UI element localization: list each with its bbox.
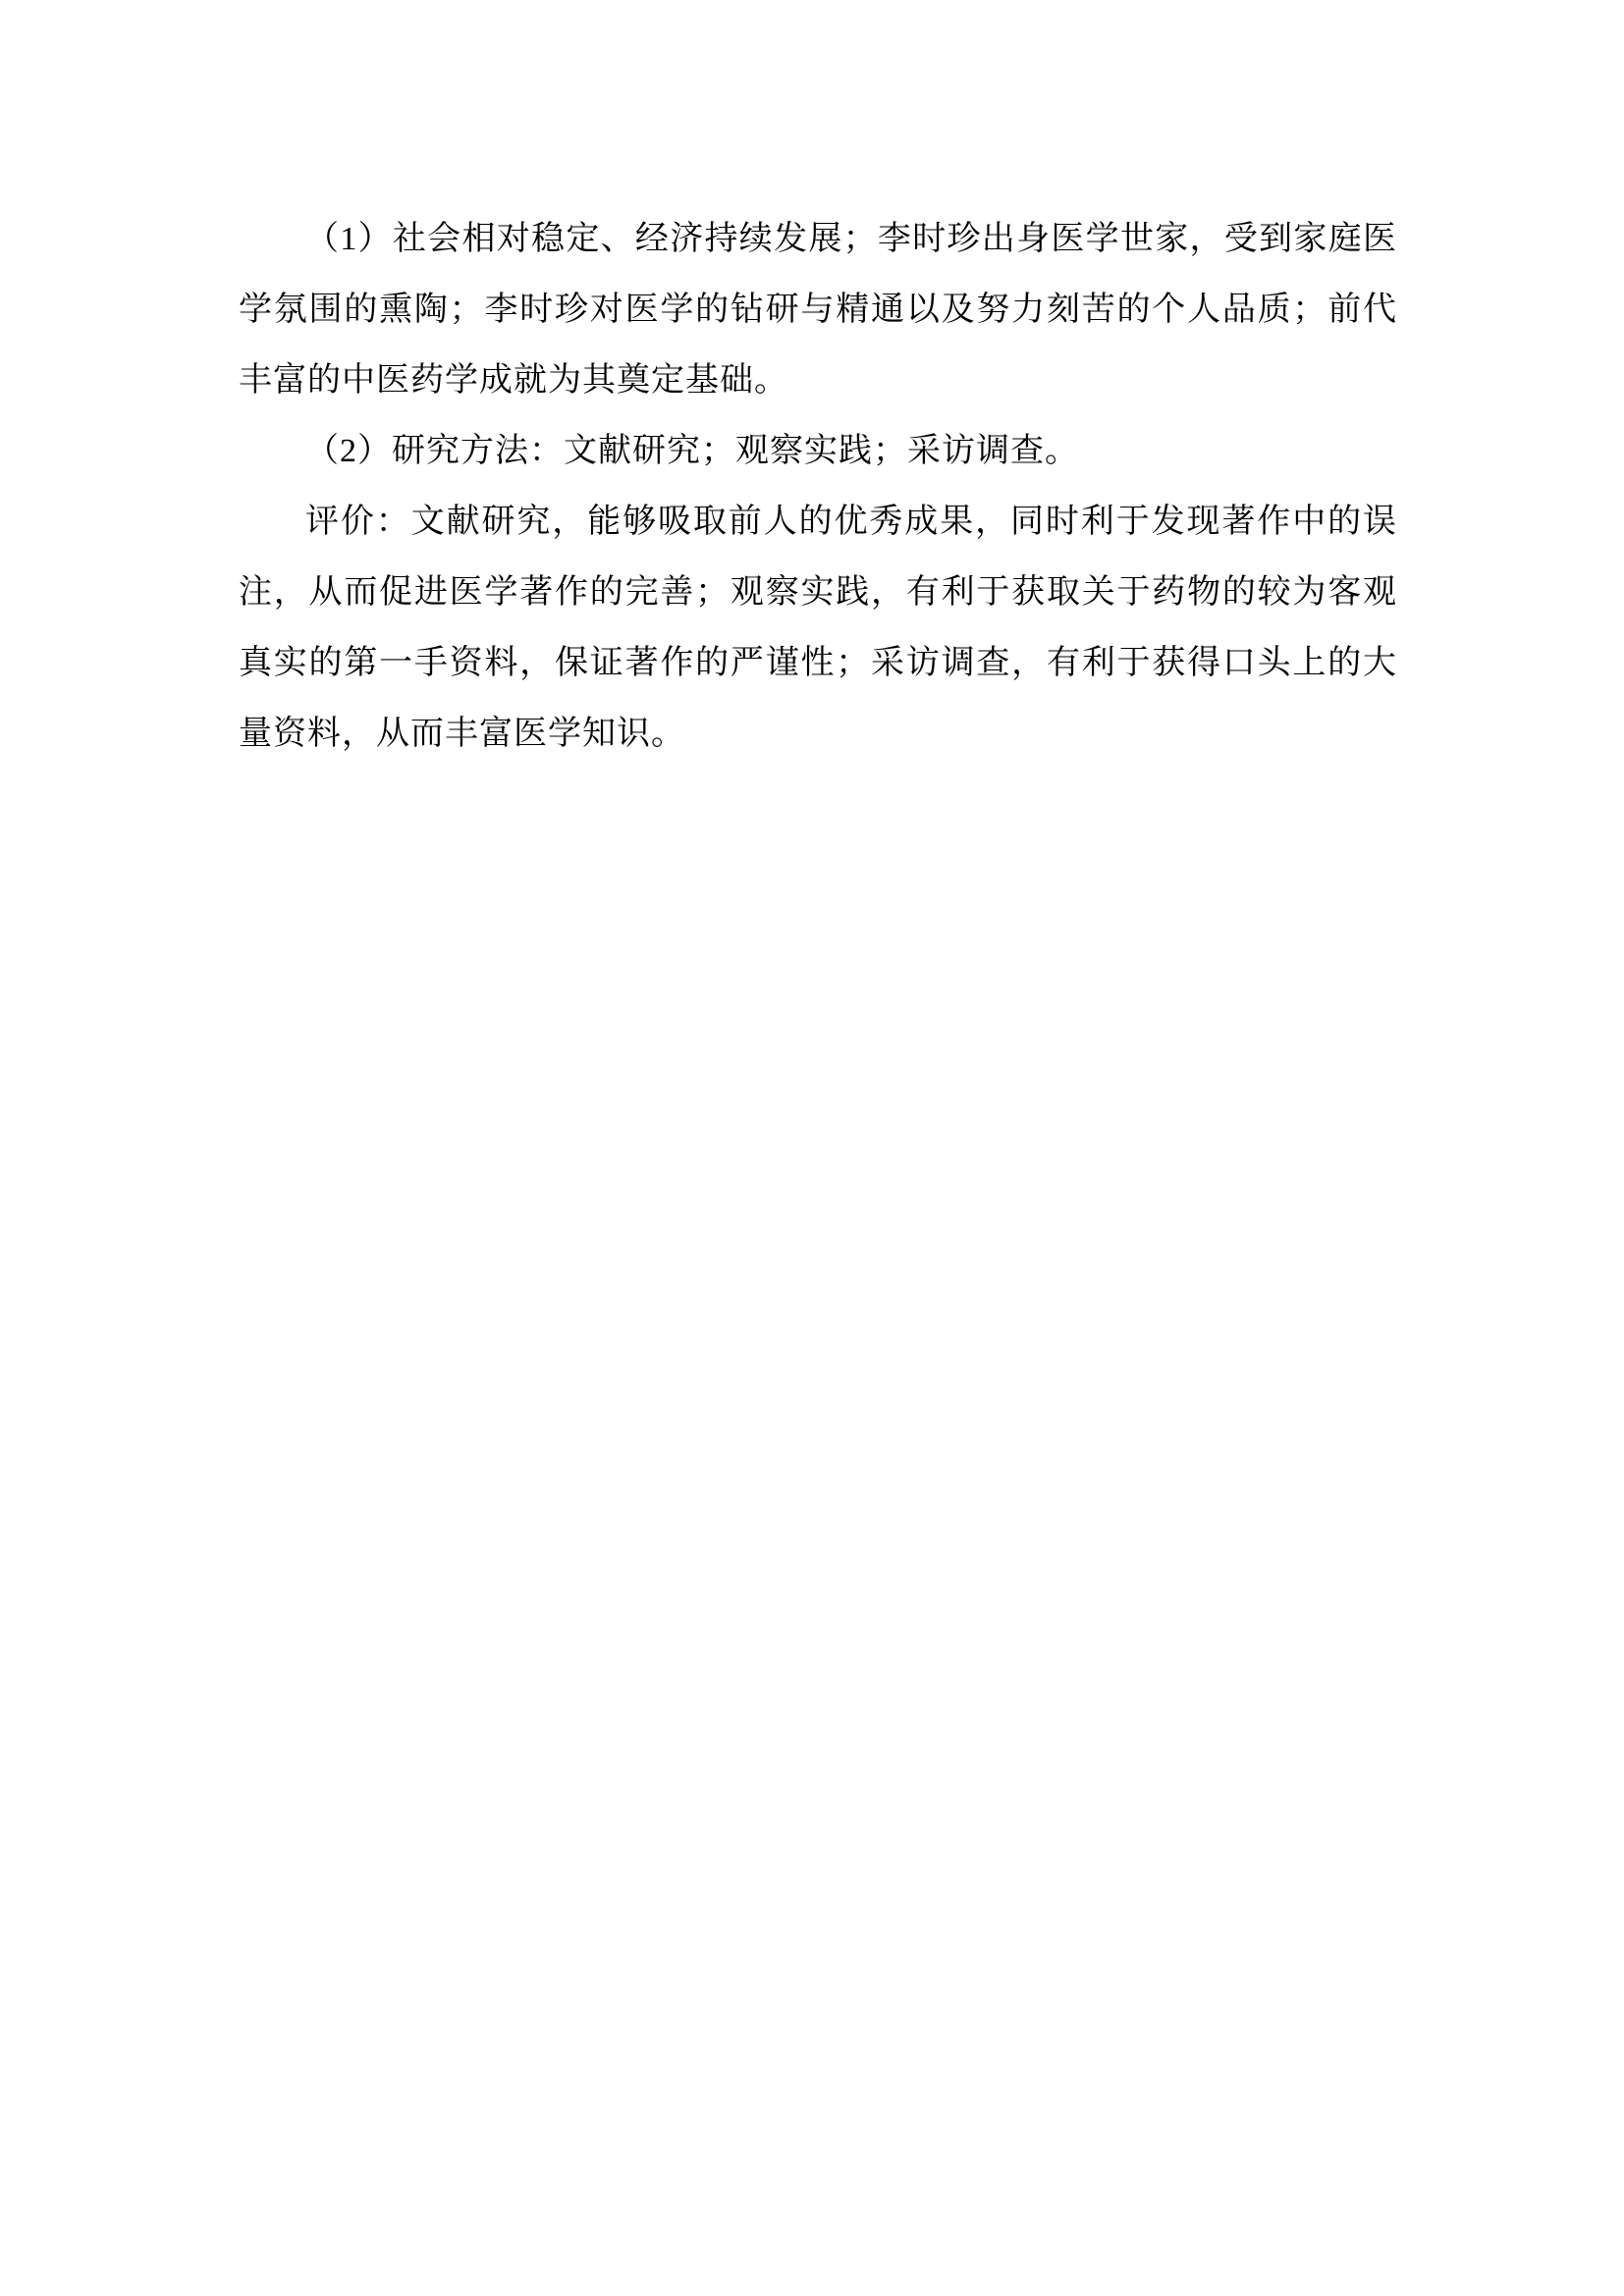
paragraph-answer-2: （2）研究方法：文献研究；观察实践；采访调查。 — [239, 416, 1397, 487]
paragraph-answer-1: （1）社会相对稳定、经济持续发展；李时珍出身医学世家，受到家庭医学氛围的熏陶；李… — [239, 204, 1397, 416]
document-body: （1）社会相对稳定、经济持续发展；李时珍出身医学世家，受到家庭医学氛围的熏陶；李… — [239, 204, 1397, 770]
document-page: （1）社会相对稳定、经济持续发展；李时珍出身医学世家，受到家庭医学氛围的熏陶；李… — [0, 0, 1624, 2296]
paragraph-evaluation: 评价：文献研究，能够吸取前人的优秀成果，同时利于发现著作中的误注，从而促进医学著… — [239, 487, 1397, 770]
